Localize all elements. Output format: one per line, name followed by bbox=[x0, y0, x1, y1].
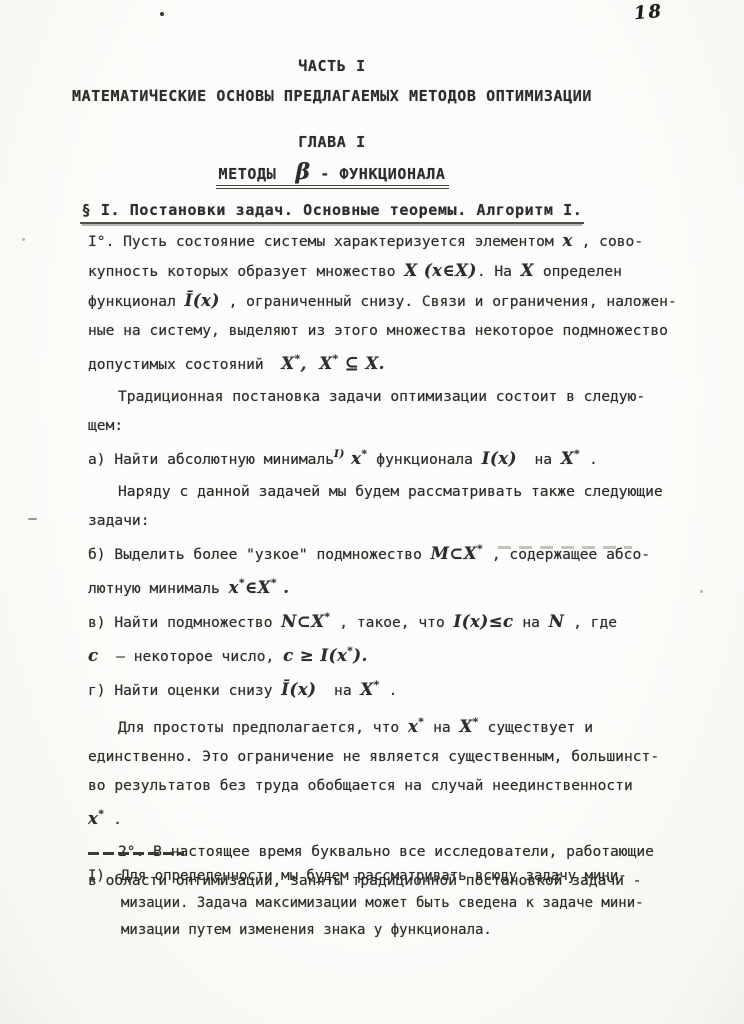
text-line: Традиционная постановка задачи оптимизац… bbox=[88, 382, 728, 411]
text-segment: § I. Постановки задач. Основные теоремы.… bbox=[82, 201, 583, 219]
scan-speck bbox=[160, 12, 164, 16]
formula-segment: X bbox=[561, 449, 574, 468]
scan-speck bbox=[28, 518, 37, 520]
formula-segment: X bbox=[360, 680, 373, 699]
formula-segment: x bbox=[345, 449, 362, 468]
text-segment: щем: bbox=[88, 417, 123, 434]
text-segment: ЧАСТЬ I bbox=[298, 57, 365, 75]
text-segment: б) Выделить более "узкое" подмножество bbox=[88, 546, 431, 563]
text-segment: во результатов без труда обобщается на с… bbox=[88, 777, 633, 794]
text-segment: лютную минималь bbox=[88, 580, 229, 597]
heading: МЕТОДЫ β - ФУНКЦИОНАЛА bbox=[0, 162, 664, 184]
text-segment: . bbox=[104, 811, 122, 828]
text-line: x* . bbox=[88, 800, 728, 834]
formula-segment: N bbox=[549, 612, 565, 631]
formula-segment: x bbox=[408, 717, 418, 736]
text-segment: Наряду с данной задачей мы будем рассмат… bbox=[118, 483, 663, 500]
text-segment: – некоторое число, bbox=[99, 648, 284, 665]
superscript-segment: I) bbox=[334, 448, 345, 460]
heading: МАТЕМАТИЧЕСКИЕ ОСНОВЫ ПРЕДЛАГАЕМЫХ МЕТОД… bbox=[0, 86, 664, 106]
footnote-line: мизации путем изменения знака у функцион… bbox=[121, 917, 724, 944]
text-segment: , сово- bbox=[573, 233, 643, 250]
formula-segment: M⊂X bbox=[431, 544, 477, 563]
footnote-line: Для определенности мы будем рассматриват… bbox=[121, 863, 724, 890]
formula-segment: ⊆ X. bbox=[339, 354, 385, 373]
text-segment: на bbox=[424, 719, 459, 736]
text-line: г) Найти оценки снизу Ī(x) на X* . bbox=[88, 671, 728, 705]
text-segment: допустимых состояний bbox=[88, 356, 281, 373]
formula-segment: x bbox=[229, 578, 239, 597]
heading-block: ЧАСТЬ IМАТЕМАТИЧЕСКИЕ ОСНОВЫ ПРЕДЛАГАЕМЫ… bbox=[0, 56, 664, 220]
heading-text: § I. Постановки задач. Основные теоремы.… bbox=[80, 201, 585, 224]
formula-segment: X (x∈X) bbox=[404, 261, 477, 280]
formula-segment: I(x) bbox=[482, 449, 517, 468]
formula-segment: . bbox=[277, 578, 290, 597]
footnote-line: мизации. Задача максимизации может быть … bbox=[121, 890, 724, 917]
text-segment: функционала bbox=[368, 451, 482, 468]
formula-segment: β bbox=[296, 159, 311, 185]
text-segment: на bbox=[517, 451, 561, 468]
heading-text: МЕТОДЫ β - ФУНКЦИОНАЛА bbox=[216, 165, 449, 189]
footnote-marker: I) bbox=[88, 863, 105, 890]
formula-segment: Ī(x) bbox=[281, 680, 316, 699]
text-segment: МЕТОДЫ bbox=[219, 165, 296, 183]
text-segment: определен bbox=[534, 263, 622, 280]
text-segment: . bbox=[380, 682, 398, 699]
formula-segment: X bbox=[281, 354, 294, 373]
text-line: Наряду с данной задачей мы будем рассмат… bbox=[88, 477, 728, 506]
text-line: функционал Ī(x) , ограниченный снизу. Св… bbox=[88, 286, 728, 316]
scan-speck bbox=[22, 238, 25, 241]
text-segment: на bbox=[316, 682, 360, 699]
page-number: 18 bbox=[633, 1, 664, 24]
text-segment: существует и bbox=[479, 719, 593, 736]
formula-segment: ∈X bbox=[245, 578, 271, 597]
text-segment: в) Найти подмножество bbox=[88, 614, 281, 631]
text-segment: , ограниченный снизу. Связи и ограничени… bbox=[220, 293, 677, 310]
text-line: задачи: bbox=[88, 506, 728, 535]
text-segment: г) Найти оценки снизу bbox=[88, 682, 281, 699]
footnote-body: I) Для определенности мы будем рассматри… bbox=[88, 863, 724, 944]
text-line: ные на систему, выделяют из этого множес… bbox=[88, 316, 728, 345]
text-line: допустимых состояний X*, X* ⊆ X. bbox=[88, 345, 728, 379]
footnote: I) Для определенности мы будем рассматри… bbox=[88, 852, 724, 944]
text-segment: ГЛАВА I bbox=[298, 133, 365, 151]
text-segment: купность которых образует множество bbox=[88, 263, 404, 280]
heading: ГЛАВА I bbox=[0, 132, 664, 152]
text-line: а) Найти абсолютную минимальI) x* функци… bbox=[88, 440, 728, 474]
formula-segment: x bbox=[562, 231, 572, 250]
formula-segment: I(x)≤c bbox=[454, 612, 514, 631]
formula-segment: X bbox=[521, 261, 534, 280]
formula-segment: ). bbox=[353, 646, 368, 665]
text-line: единственно. Это ограничение не является… bbox=[88, 742, 728, 771]
formula-segment: X bbox=[459, 717, 472, 736]
text-line: I°. Пусть состояние системы характеризуе… bbox=[88, 226, 728, 256]
heading-text: МАТЕМАТИЧЕСКИЕ ОСНОВЫ ПРЕДЛАГАЕМЫХ МЕТОД… bbox=[72, 87, 592, 105]
text-segment: . На bbox=[477, 263, 521, 280]
text-line: во результатов без труда обобщается на с… bbox=[88, 771, 728, 800]
formula-segment: c bbox=[88, 646, 99, 665]
heading: ЧАСТЬ I bbox=[0, 56, 664, 76]
text-segment: I°. Пусть состояние системы характеризуе… bbox=[88, 233, 562, 250]
heading-text: ГЛАВА I bbox=[298, 133, 365, 151]
text-line: щем: bbox=[88, 411, 728, 440]
scanned-document-page: 18 ЧАСТЬ IМАТЕМАТИЧЕСКИЕ ОСНОВЫ ПРЕДЛАГА… bbox=[0, 0, 744, 1024]
text-segment: , содержащее абсо- bbox=[483, 546, 650, 563]
text-line: в) Найти подмножество N⊂X* , такое, что … bbox=[88, 603, 728, 637]
text-segment: МАТЕМАТИЧЕСКИЕ ОСНОВЫ ПРЕДЛАГАЕМЫХ МЕТОД… bbox=[72, 87, 592, 105]
text-segment: на bbox=[514, 614, 549, 631]
text-segment: Для простоты предполагается, что bbox=[118, 719, 408, 736]
text-line: c – некоторое число, c ≥ I(x*). bbox=[88, 637, 728, 671]
formula-segment: x bbox=[88, 809, 98, 828]
text-segment: . bbox=[580, 451, 598, 468]
text-segment: , где bbox=[564, 614, 617, 631]
text-segment: ные на систему, выделяют из этого множес… bbox=[88, 322, 668, 339]
text-segment: единственно. Это ограничение не является… bbox=[88, 748, 659, 765]
formula-segment: Ī(x) bbox=[185, 291, 220, 310]
heading: § I. Постановки задач. Основные теоремы.… bbox=[0, 200, 664, 220]
footnote-separator bbox=[88, 852, 184, 855]
footnote-lines: Для определенности мы будем рассматриват… bbox=[121, 863, 724, 944]
text-segment: функционал bbox=[88, 293, 185, 310]
text-line: купность которых образует множество X (x… bbox=[88, 256, 728, 286]
text-segment: Традиционная постановка задачи оптимизац… bbox=[118, 388, 645, 405]
text-segment: а) Найти абсолютную минималь bbox=[88, 451, 334, 468]
text-line: б) Выделить более "узкое" подмножество M… bbox=[88, 535, 728, 569]
heading-text: ЧАСТЬ I bbox=[298, 57, 365, 75]
formula-segment: , X bbox=[301, 354, 333, 373]
text-segment: , такое, что bbox=[331, 614, 454, 631]
text-segment: - ФУНКЦИОНАЛА bbox=[311, 165, 446, 183]
text-segment: задачи: bbox=[88, 512, 150, 529]
text-line: лютную минималь x*∈X* . bbox=[88, 569, 728, 603]
text-line: Для простоты предполагается, что x* на X… bbox=[88, 708, 728, 742]
formula-segment: N⊂X bbox=[281, 612, 324, 631]
formula-segment: c ≥ I(x bbox=[283, 646, 347, 665]
body-text: I°. Пусть состояние системы характеризуе… bbox=[88, 226, 728, 895]
